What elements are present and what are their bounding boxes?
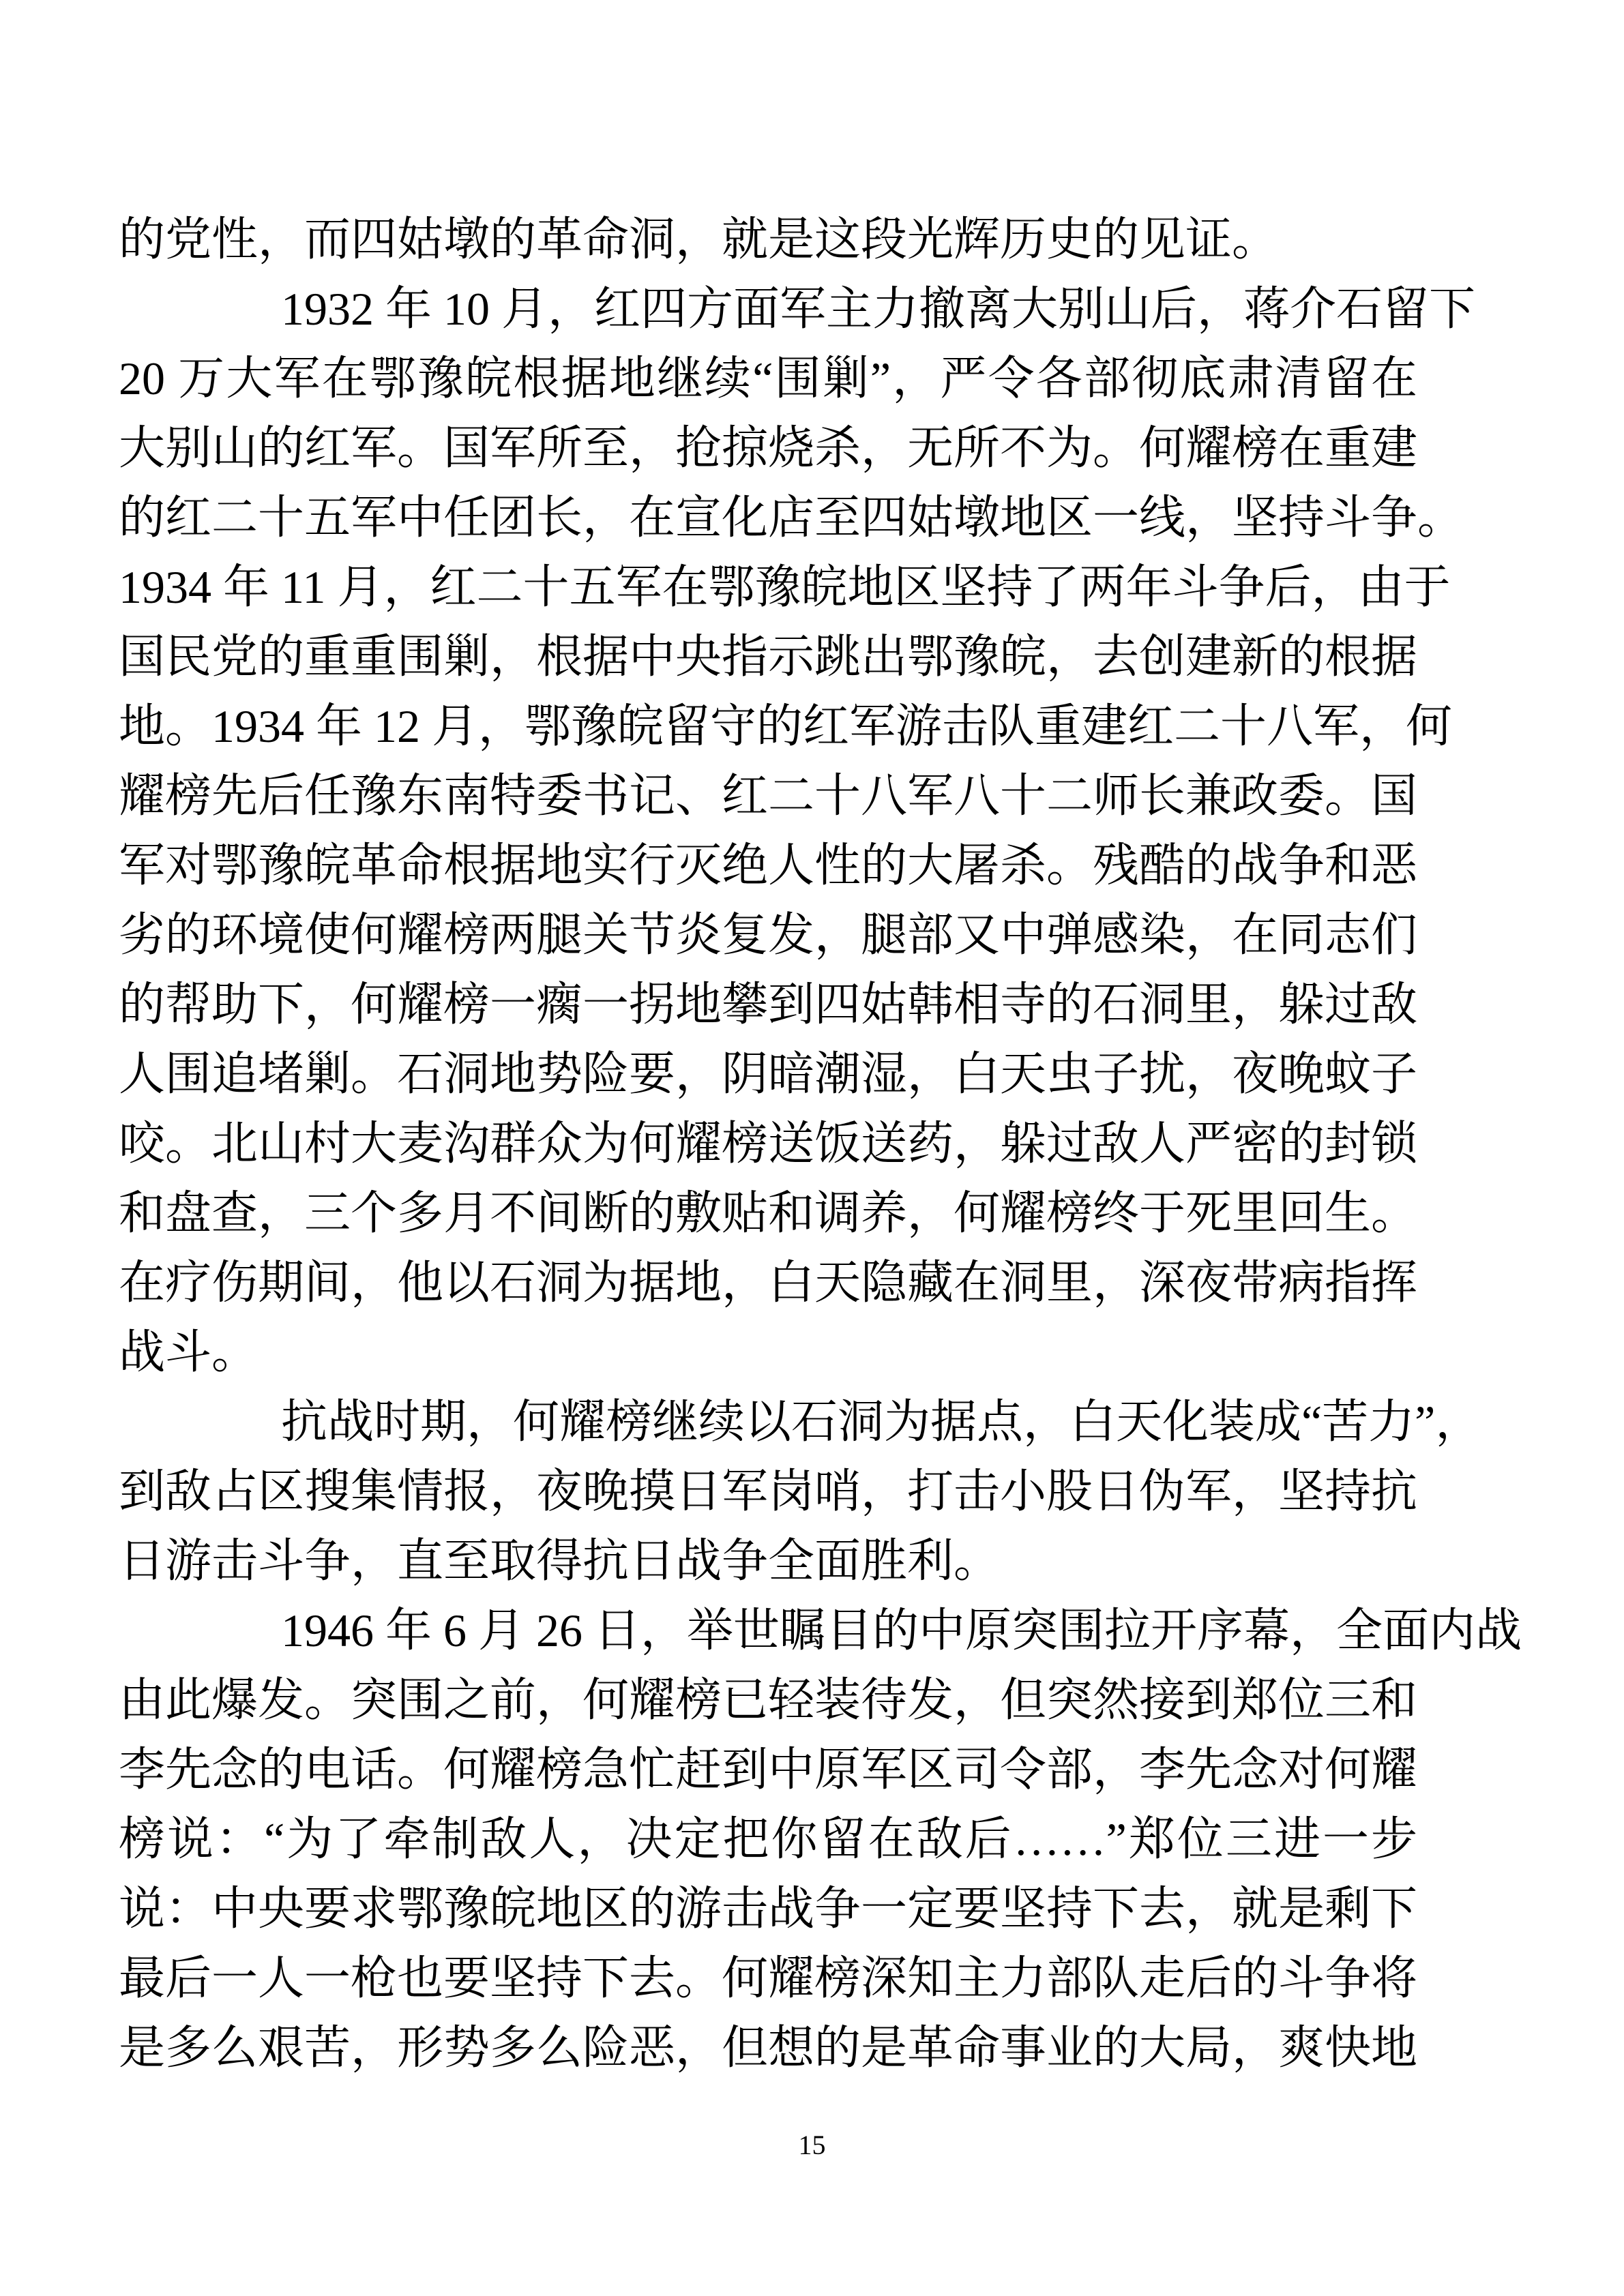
text-line: 榜说：“为了牵制敌人，决定把你留在敌后……”郑位三进一步 [119, 1804, 1417, 1874]
text-line: 大别山的红军。国军所至，抢掠烧杀，无所不为。何耀榜在重建 [119, 413, 1417, 483]
text-line: 咬。北山村大麦沟群众为何耀榜送饭送药，躲过敌人严密的封锁 [119, 1109, 1417, 1178]
text-line: 说：中央要求鄂豫皖地区的游击战争一定要坚持下去，就是剩下 [119, 1874, 1417, 1943]
text-line: 在疗伤期间，他以石洞为据地，白天隐藏在洞里，深夜带病指挥 [119, 1248, 1417, 1317]
text-line: 劣的环境使何耀榜两腿关节炎复发，腿部又中弹感染，在同志们 [119, 900, 1417, 970]
text-line: 1932 年 10 月，红四方面军主力撤离大别山后，蒋介石留下 [119, 274, 1417, 344]
text-line: 20 万大军在鄂豫皖根据地继续“围剿”，严令各部彻底肃清留在 [119, 344, 1417, 413]
document-page: 的党性，而四姑墩的革命洞，就是这段光辉历史的见证。1932 年 10 月，红四方… [0, 0, 1624, 2296]
text-line: 的红二十五军中任团长，在宣化店至四姑墩地区一线，坚持斗争。 [119, 483, 1417, 552]
text-line: 到敌占区搜集情报，夜晚摸日军岗哨，打击小股日伪军，坚持抗 [119, 1457, 1417, 1526]
page-number: 15 [0, 2126, 1624, 2164]
text-line: 李先念的电话。何耀榜急忙赶到中原军区司令部，李先念对何耀 [119, 1735, 1417, 1804]
text-line: 是多么艰苦，形势多么险恶，但想的是革命事业的大局，爽快地 [119, 2013, 1417, 2083]
text-line: 的党性，而四姑墩的革命洞，就是这段光辉历史的见证。 [119, 205, 1417, 274]
text-line: 和盘查，三个多月不间断的敷贴和调养，何耀榜终于死里回生。 [119, 1178, 1417, 1248]
text-line: 1946 年 6 月 26 日，举世瞩目的中原突围拉开序幕，全面内战 [119, 1596, 1417, 1665]
body-text: 的党性，而四姑墩的革命洞，就是这段光辉历史的见证。1932 年 10 月，红四方… [119, 205, 1417, 2083]
text-line: 地。1934 年 12 月，鄂豫皖留守的红军游击队重建红二十八军，何 [119, 691, 1417, 761]
text-line: 由此爆发。突围之前，何耀榜已轻装待发，但突然接到郑位三和 [119, 1665, 1417, 1735]
text-line: 军对鄂豫皖革命根据地实行灭绝人性的大屠杀。残酷的战争和恶 [119, 831, 1417, 900]
text-line: 最后一人一枪也要坚持下去。何耀榜深知主力部队走后的斗争将 [119, 1943, 1417, 2013]
text-line: 耀榜先后任豫东南特委书记、红二十八军八十二师长兼政委。国 [119, 761, 1417, 831]
text-line: 1934 年 11 月，红二十五军在鄂豫皖地区坚持了两年斗争后，由于 [119, 552, 1417, 622]
text-line: 抗战时期，何耀榜继续以石洞为据点，白天化装成“苦力”， [119, 1387, 1417, 1457]
text-line: 日游击斗争，直至取得抗日战争全面胜利。 [119, 1526, 1417, 1596]
text-line: 的帮助下，何耀榜一瘸一拐地攀到四姑韩相寺的石洞里，躲过敌 [119, 970, 1417, 1039]
text-line: 国民党的重重围剿，根据中央指示跳出鄂豫皖，去创建新的根据 [119, 622, 1417, 691]
text-line: 战斗。 [119, 1317, 1417, 1387]
text-line: 人围追堵剿。石洞地势险要，阴暗潮湿，白天虫子扰，夜晚蚊子 [119, 1039, 1417, 1109]
